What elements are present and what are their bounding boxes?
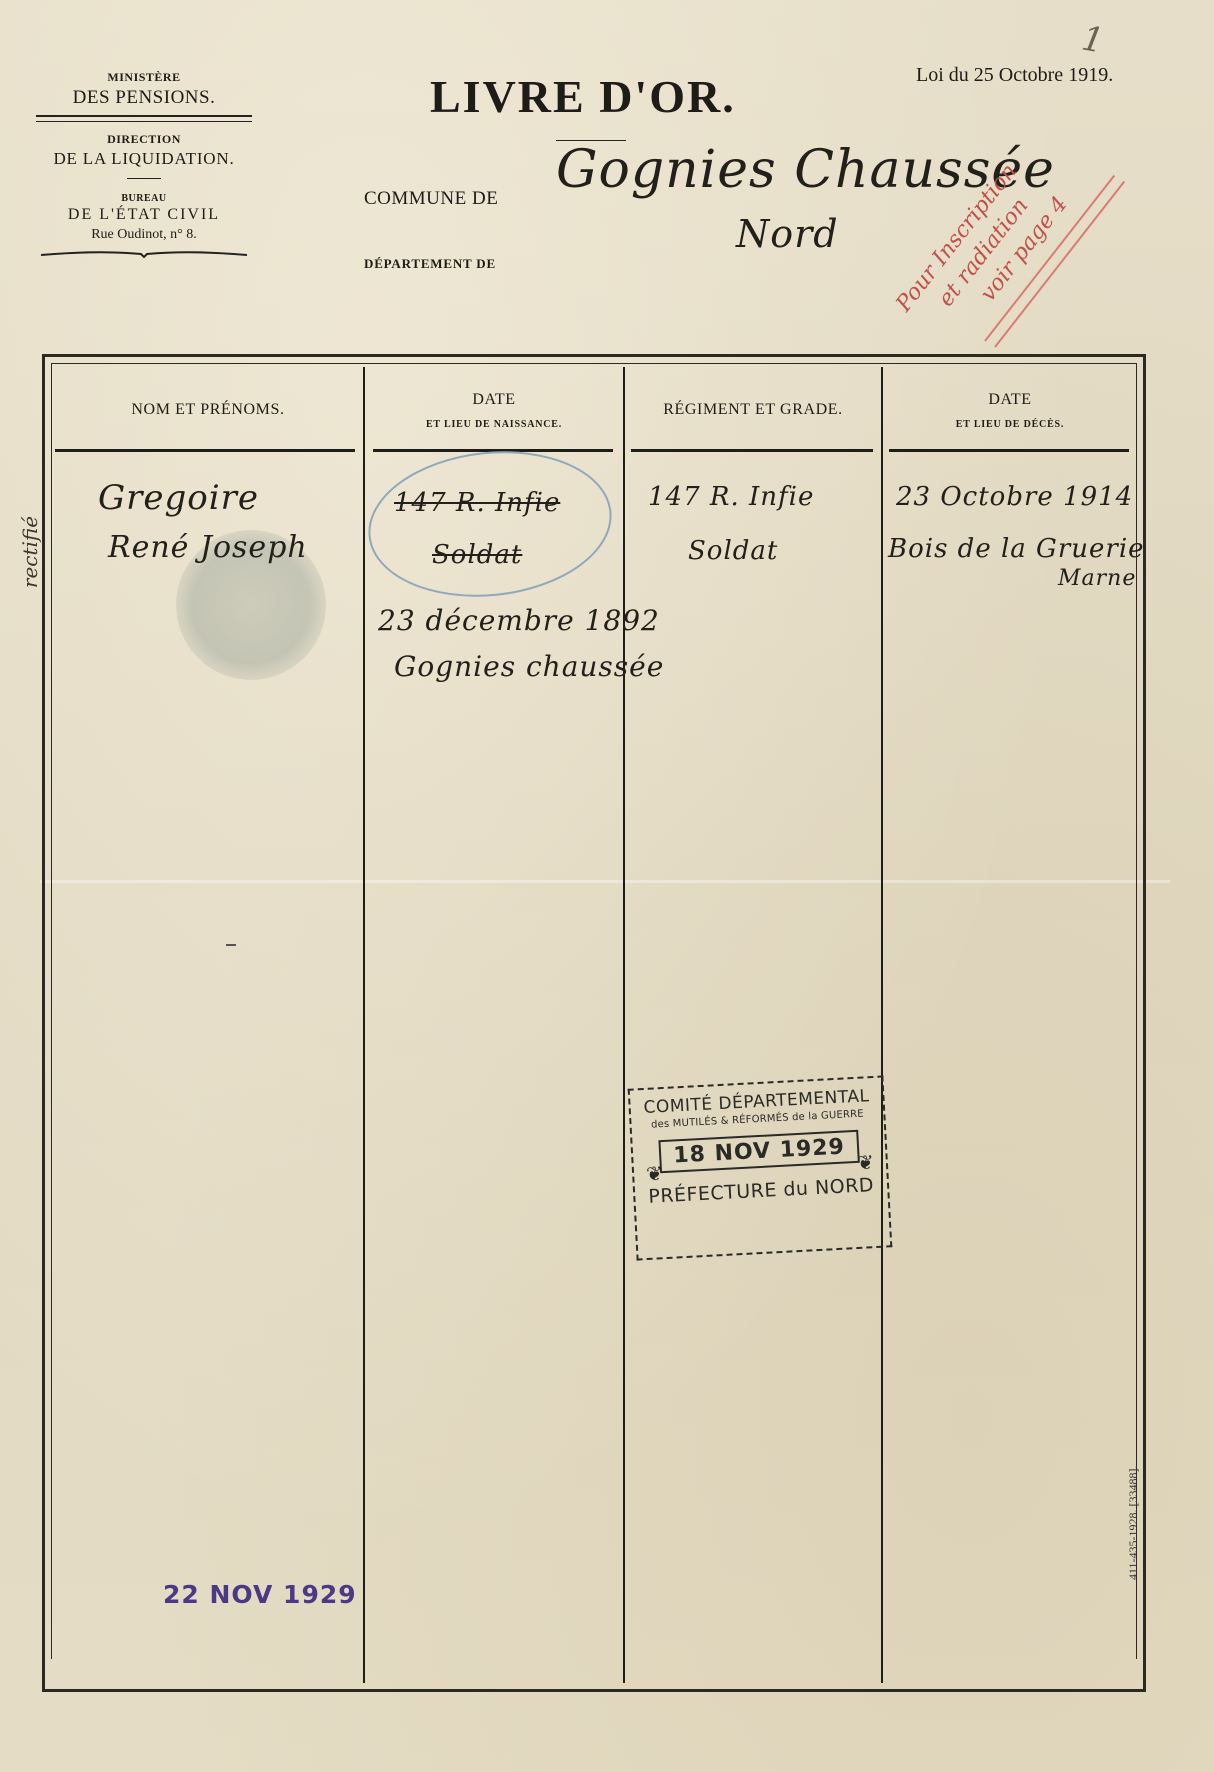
ministry-name: DES PENSIONS. <box>36 87 252 109</box>
ornamental-swash <box>39 249 249 259</box>
page-number: 1 <box>1079 18 1107 61</box>
received-date-stamp: 22 NOV 1929 <box>163 1580 357 1609</box>
column-header-regiment: RÉGIMENT ET GRADE. <box>625 401 881 419</box>
struck-grade: Soldat <box>432 540 522 570</box>
header-rule-4 <box>889 449 1129 452</box>
ornament-right-icon: ❦ <box>856 1150 874 1175</box>
death-place: Bois de la Gruerie <box>888 534 1145 564</box>
bureau-address: Rue Oudinot, n° 8. <box>36 227 252 243</box>
column-divider-1 <box>363 367 365 1683</box>
print-code: 411-435-1928. [33488]. <box>1126 1465 1141 1580</box>
direction-label: DIRECTION <box>36 132 252 147</box>
bureau-name: DE L'ÉTAT CIVIL <box>36 206 252 224</box>
department-value: Nord <box>736 212 839 256</box>
commune-label: COMMUNE DE <box>364 188 498 210</box>
double-rule <box>36 115 252 122</box>
ornament-left-icon: ❦ <box>646 1161 664 1186</box>
committee-stamp-date: 18 NOV 1929 <box>659 1130 860 1173</box>
struck-regiment: 147 R. Infie <box>394 488 560 518</box>
grade: Soldat <box>688 536 778 566</box>
law-reference: Loi du 25 Octobre 1919. <box>916 64 1113 87</box>
birth-date: 23 décembre 1892 <box>378 604 660 637</box>
document-page: MINISTÈRE DES PENSIONS. DIRECTION DE LA … <box>0 0 1214 1772</box>
birth-place: Gognies chaussée <box>394 650 664 683</box>
dash-mark <box>226 944 236 946</box>
column-header-name: NOM ET PRÉNOMS. <box>53 401 363 419</box>
ministry-block: MINISTÈRE DES PENSIONS. DIRECTION DE LA … <box>36 70 252 264</box>
regiment: 147 R. Infie <box>648 482 814 512</box>
death-region: Marne <box>1058 566 1136 591</box>
given-names: René Joseph <box>108 530 308 565</box>
surname: Gregoire <box>98 478 259 518</box>
direction-name: DE LA LIQUIDATION. <box>36 149 252 169</box>
margin-annotation: rectifié <box>18 516 42 588</box>
header-rule-1 <box>55 449 355 452</box>
column-header-death: DATE ET LIEU DE DÉCÈS. <box>883 391 1137 430</box>
committee-stamp: COMITÉ DÉPARTEMENTAL des MUTILÉS & RÉFOR… <box>628 1075 893 1260</box>
ministry-label: MINISTÈRE <box>36 70 252 85</box>
header-rule-3 <box>631 449 873 452</box>
column-divider-2 <box>623 367 625 1683</box>
bureau-label: BUREAU <box>36 193 252 204</box>
department-label: DÉPARTEMENT DE <box>364 256 496 272</box>
committee-stamp-line3: PRÉFECTURE du NORD <box>635 1173 888 1208</box>
column-divider-3 <box>881 367 883 1683</box>
death-date: 23 Octobre 1914 <box>896 482 1133 512</box>
document-title: LIVRE D'OR. <box>430 70 736 123</box>
column-header-birth: DATE ET LIEU DE NAISSANCE. <box>365 391 623 430</box>
short-rule <box>127 178 161 179</box>
